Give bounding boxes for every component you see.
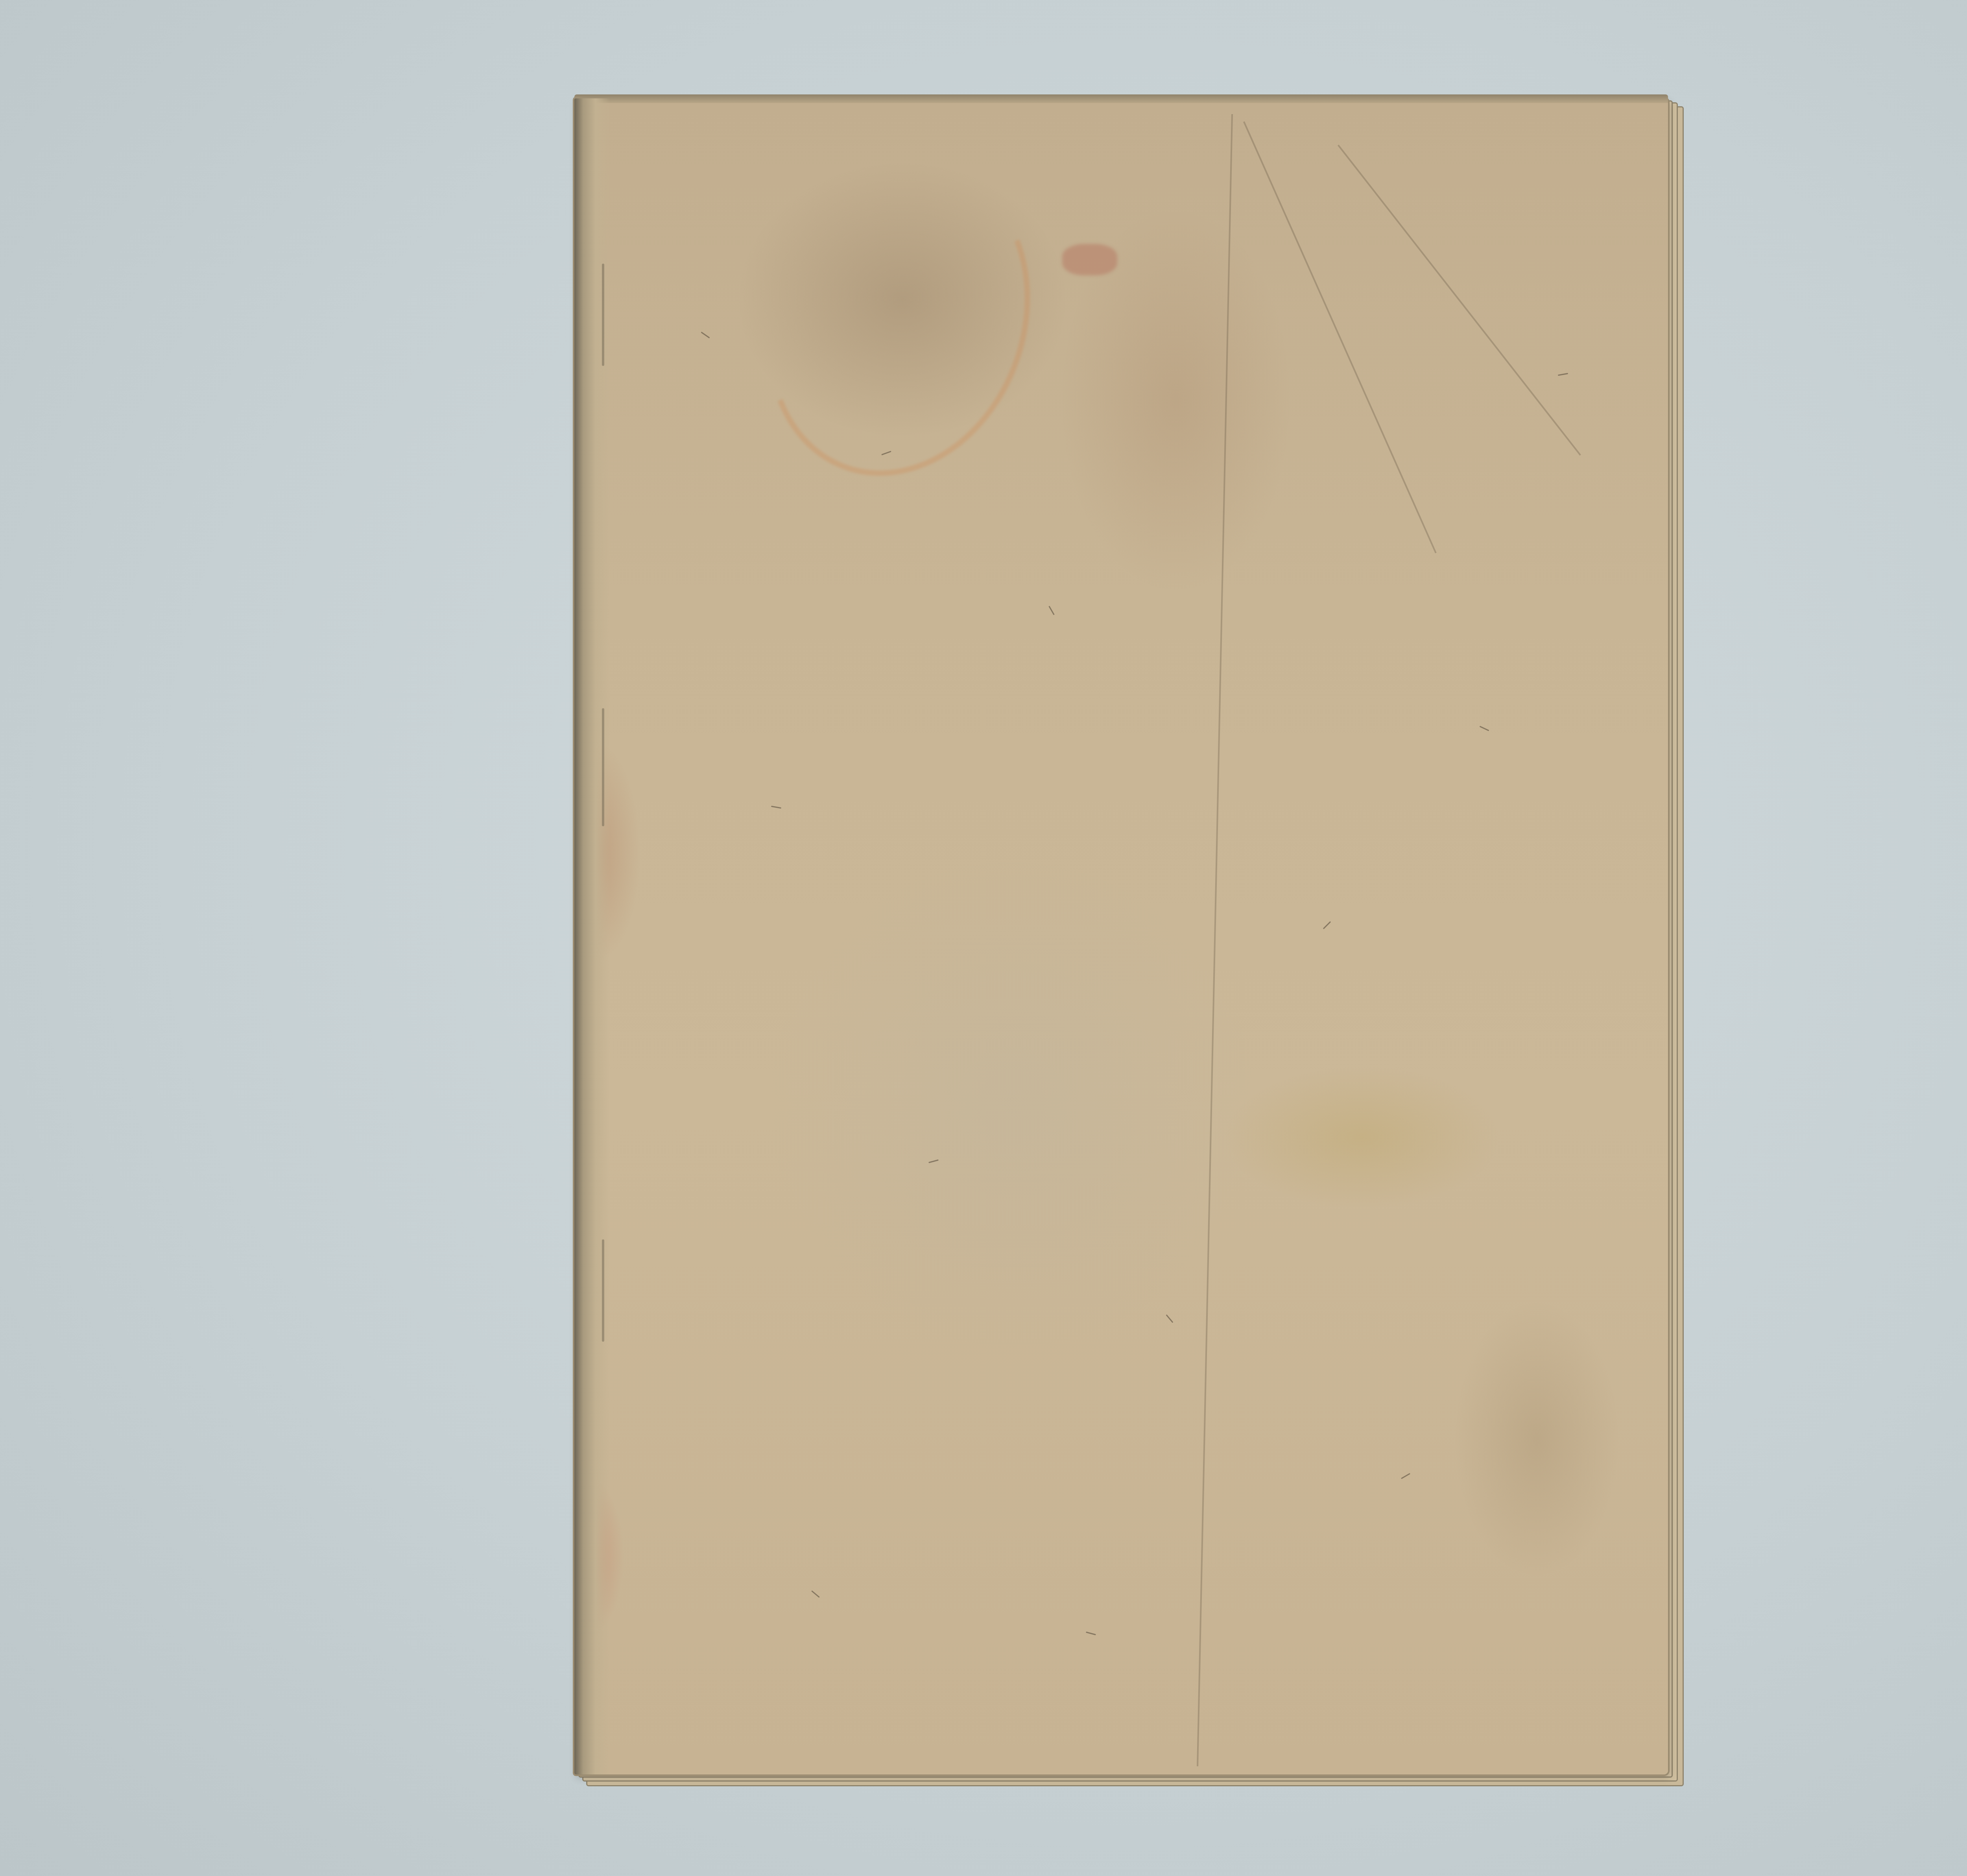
crease-line [1338, 145, 1581, 456]
crease-line [1197, 114, 1233, 1766]
paper-fiber [1166, 1315, 1173, 1323]
paper-fiber [811, 1590, 820, 1598]
paper-fiber [771, 806, 781, 809]
binding-stitch [602, 264, 604, 366]
paper-fiber [1401, 1473, 1410, 1479]
paper-fiber [928, 1160, 939, 1163]
paper-fiber [1480, 726, 1489, 731]
crease-line [1243, 121, 1437, 553]
stain-mark [1062, 244, 1117, 275]
paper-fiber [1048, 606, 1055, 615]
binding-stitch [602, 1239, 604, 1342]
book-spine [574, 98, 610, 1774]
paper-fiber [1086, 1632, 1096, 1636]
water-stain-ring [724, 127, 1072, 513]
cover-top-edge [574, 94, 1668, 103]
book-cover [574, 98, 1668, 1774]
binding-stitch [602, 708, 604, 826]
paper-fiber [1558, 373, 1568, 376]
book [574, 98, 1668, 1774]
paper-fiber [1323, 921, 1331, 929]
paper-fiber [701, 332, 710, 338]
